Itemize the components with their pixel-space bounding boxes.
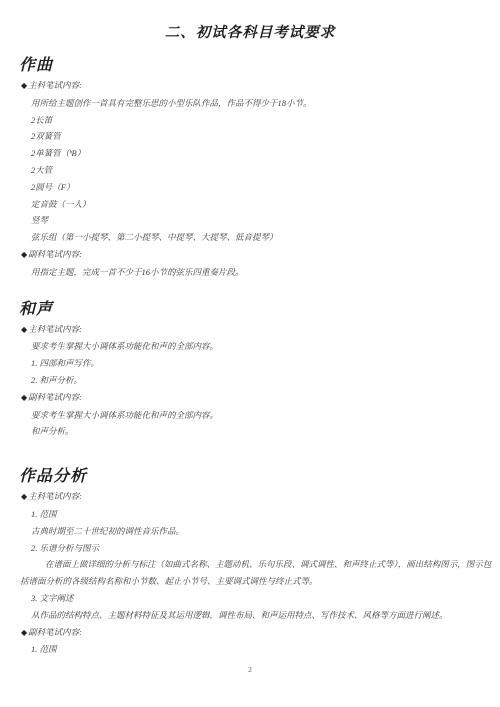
text-line: 弦乐组（第一小提琴、第二小提琴、中提琴、大提琴、低音提琴） — [0, 229, 500, 246]
bullet-label-text: 主科笔试内容: — [28, 491, 82, 501]
text-line: 用指定主题，完成一首不少于16小节的弦乐四重奏片段。 — [0, 264, 500, 281]
text-line: 古典时期至二十世纪初的调性音乐作品。 — [0, 523, 500, 540]
bullet-label-line: ◆副科笔试内容: — [0, 624, 500, 642]
diamond-bullet-icon: ◆ — [21, 628, 27, 637]
text-line: 从作品的结构特点、主题材料特征及其运用逻辑，调性布局、和声运用特点、写作技术、风… — [0, 607, 500, 624]
bullet-label-text: 主科笔试内容: — [28, 324, 82, 334]
section-heading-composition: 作曲 — [0, 55, 500, 77]
text-line: 2单簧管（ᵇB） — [0, 145, 500, 162]
page-number: 2 — [0, 665, 500, 674]
text-line: 1. 范围 — [0, 506, 500, 523]
page-title: 二、初试各科目考试要求 — [0, 23, 500, 43]
text-line: 要求考生掌握大小调体系功能化和声的全部内容。 — [0, 407, 500, 424]
text-line: 竖琴 — [0, 212, 500, 229]
bullet-label-line: ◆主科笔试内容: — [0, 488, 500, 506]
text-line: 2. 和声分析。 — [0, 372, 500, 389]
bullet-label-text: 副科笔试内容: — [28, 627, 82, 637]
section-heading-harmony: 和声 — [0, 299, 500, 321]
bullet-label-text: 主科笔试内容: — [28, 80, 82, 90]
section-heading-works-analysis: 作品分析 — [0, 466, 500, 488]
bullet-label-line: ◆主科笔试内容: — [0, 77, 500, 95]
bullet-label-line: ◆副科笔试内容: — [0, 389, 500, 407]
text-line: 1. 四部和声写作。 — [0, 355, 500, 372]
document-page: 二、初试各科目考试要求 作曲 ◆主科笔试内容: 用所给主题创作一首具有完整乐思的… — [0, 0, 500, 707]
text-paragraph: 在谱面上做详细的分析与标注（如曲式名称、主题动机、乐句乐段、调式调性、和声终止式… — [0, 556, 498, 590]
section-harmony: 和声 ◆主科笔试内容: 要求考生掌握大小调体系功能化和声的全部内容。 1. 四部… — [0, 299, 500, 441]
bullet-label-text: 副科笔试内容: — [28, 249, 82, 259]
text-line: 定音鼓（一人） — [0, 196, 500, 213]
text-line: 1. 范围 — [0, 641, 500, 658]
text-line: 2大管 — [0, 162, 500, 179]
bullet-label-text: 副科笔试内容: — [28, 392, 82, 402]
diamond-bullet-icon: ◆ — [21, 492, 27, 501]
bullet-label-line: ◆主科笔试内容: — [0, 321, 500, 339]
text-line: 2双簧管 — [0, 128, 500, 145]
text-line: 2圆号（F） — [0, 179, 500, 196]
bullet-label-line: ◆副科笔试内容: — [0, 246, 500, 264]
text-line: 2长笛 — [0, 112, 500, 129]
diamond-bullet-icon: ◆ — [21, 81, 27, 90]
diamond-bullet-icon: ◆ — [21, 325, 27, 334]
text-line: 用所给主题创作一首具有完整乐思的小型乐队作品，作品不得少于18小节。 — [0, 95, 500, 112]
text-line: 3. 文字阐述 — [0, 590, 500, 607]
diamond-bullet-icon: ◆ — [21, 393, 27, 402]
text-line: 2. 乐谱分析与图示 — [0, 540, 500, 557]
section-composition: 作曲 ◆主科笔试内容: 用所给主题创作一首具有完整乐思的小型乐队作品，作品不得少… — [0, 55, 500, 281]
diamond-bullet-icon: ◆ — [21, 250, 27, 259]
section-works-analysis: 作品分析 ◆主科笔试内容: 1. 范围 古典时期至二十世纪初的调性音乐作品。 2… — [0, 466, 500, 658]
text-line: 和声分析。 — [0, 423, 500, 440]
text-line: 要求考生掌握大小调体系功能化和声的全部内容。 — [0, 338, 500, 355]
